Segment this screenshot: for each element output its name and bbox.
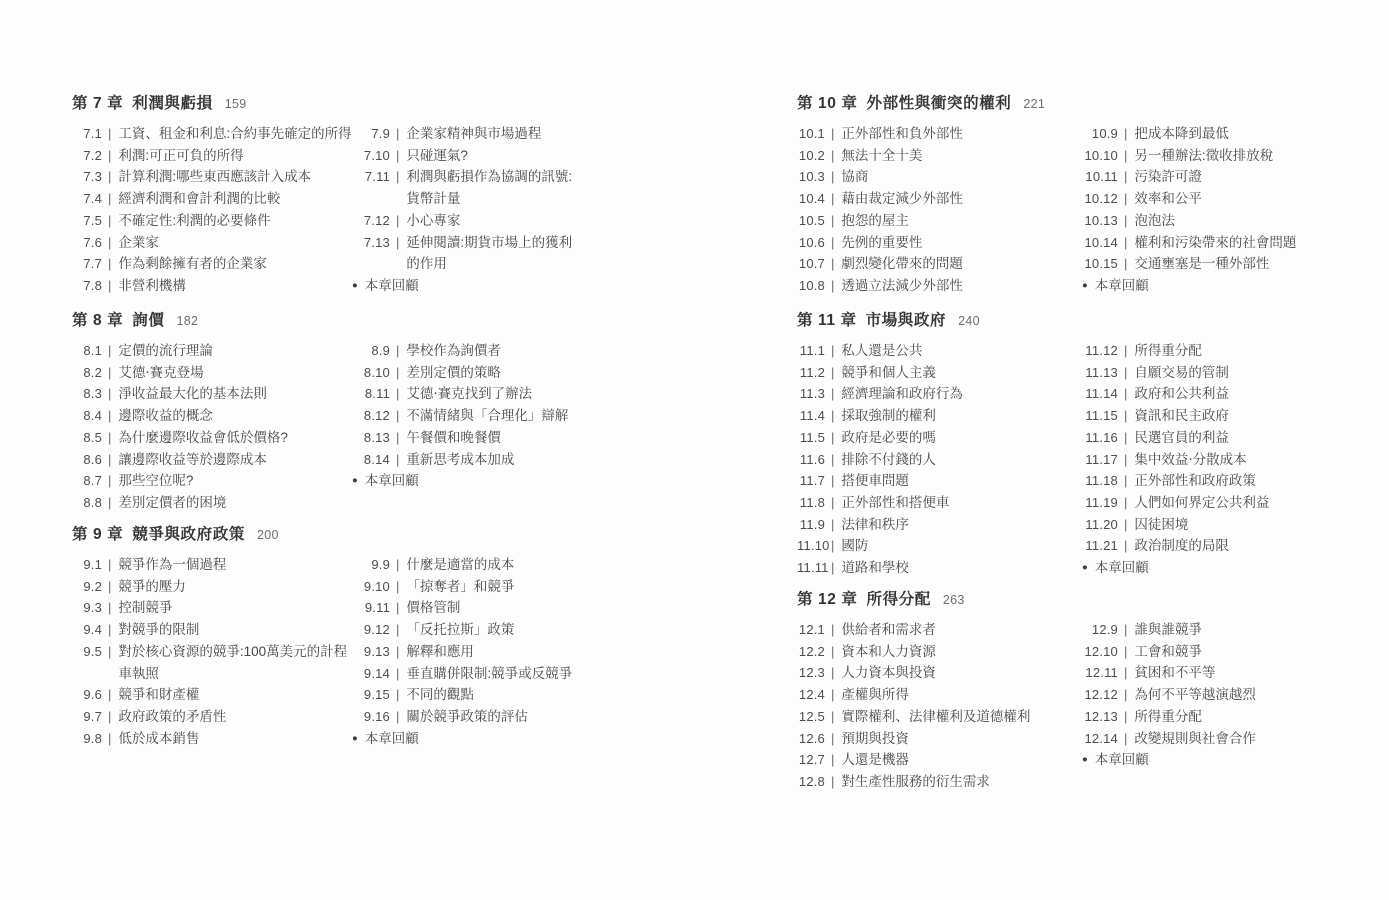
toc-entry-title: 非營利機構 (118, 275, 186, 297)
toc-entry-title: 那些空位呢? (118, 470, 193, 492)
toc-entry: 9.12|「反托拉斯」政策 (352, 619, 572, 641)
toc-entry-title-line: 競爭和財產權 (118, 684, 199, 706)
divider-icon: | (1124, 619, 1127, 641)
toc-entry: 10.14|權利和污染帶來的社會問題 (1082, 232, 1296, 254)
toc-entry-title-line: 法律和秩序 (841, 514, 909, 536)
toc-column: 8.1|定價的流行理論8.2|艾德‧賽克登場8.3|淨收益最大化的基本法則8.4… (72, 340, 352, 514)
toc-entry-title-line: 艾德‧賽克登場 (118, 362, 203, 384)
toc-entry-title: 「掠奪者」和競爭 (406, 576, 514, 598)
divider-icon: | (831, 145, 834, 167)
toc-entry-title-line: 所得重分配 (1134, 706, 1202, 728)
toc-entry-title-line: 經濟理論和政府行為 (841, 383, 963, 405)
toc-entry-title: 不確定性:利潤的必要條件 (118, 210, 270, 232)
toc-entry-title: 污染許可證 (1134, 166, 1202, 188)
toc-entry-title-line: 工會和競爭 (1134, 641, 1202, 663)
toc-column: 7.1|工資、租金和利息:合約事先確定的所得7.2|利潤:可正可負的所得7.3|… (72, 123, 352, 297)
toc-entry-title: 道路和學校 (841, 557, 909, 579)
toc-entry-title: 把成本降到最低 (1134, 123, 1229, 145)
toc-entry: 7.10|只碰運氣? (352, 145, 572, 167)
chapter-block: 第 12 章所得分配26312.1|供給者和需求者12.2|資本和人力資源12.… (797, 590, 1256, 793)
toc-entry: 9.4|對競爭的限制 (72, 619, 352, 641)
divider-icon: | (396, 576, 399, 598)
chapter-page-number: 240 (958, 314, 980, 328)
toc-entry-title: 競爭和個人主義 (841, 362, 936, 384)
toc-entry-title: 人力資本與投資 (841, 662, 936, 684)
divider-icon: | (1124, 427, 1127, 449)
toc-entry-number: 12.4 (797, 684, 825, 706)
divider-icon: | (831, 470, 834, 492)
toc-entry-number: 9.10 (352, 576, 390, 598)
toc-entry-number: 10.6 (797, 232, 825, 254)
toc-entry-title: 垂直購併限制:競爭或反競爭 (406, 663, 572, 685)
divider-icon: | (831, 662, 834, 684)
toc-entry-number: 11.10 (797, 535, 825, 557)
toc-entry-number: 9.8 (72, 728, 102, 750)
toc-entry-title: 學校作為詢價者 (406, 340, 501, 362)
divider-icon: | (108, 641, 111, 663)
toc-entry-title-line: 藉由裁定減少外部性 (841, 188, 963, 210)
toc-entry: 9.2|競爭的壓力 (72, 576, 352, 598)
toc-entry: 10.5|抱怨的屋主 (797, 210, 1082, 232)
toc-entry-number: 11.3 (797, 383, 825, 405)
toc-entry-title: 排除不付錢的人 (841, 449, 936, 471)
toc-entry-title: 對於核心資源的競爭:100萬美元的計程車執照 (118, 641, 347, 684)
chapter-review-entry: ●本章回顧 (1082, 275, 1296, 297)
toc-entry-title-line: 人還是機器 (841, 749, 909, 771)
toc-entry: 12.13|所得重分配 (1082, 706, 1256, 728)
divider-icon: | (1124, 123, 1127, 145)
toc-entry-title-line: 排除不付錢的人 (841, 449, 936, 471)
divider-icon: | (108, 123, 111, 145)
toc-entry-title: 政府是必要的嗎 (841, 427, 936, 449)
toc-entry-number: 8.13 (352, 427, 390, 449)
chapter-review-entry: ●本章回顧 (352, 728, 572, 750)
toc-entry-title-line: 產權與所得 (841, 684, 909, 706)
chapter-review-label: 本章回顧 (365, 275, 419, 297)
toc-entry-title-line: 污染許可證 (1134, 166, 1202, 188)
toc-entry: 12.10|工會和競爭 (1082, 641, 1256, 663)
toc-entry-title-line: 經濟利潤和會計利潤的比較 (118, 188, 280, 210)
divider-icon: | (831, 557, 834, 579)
toc-entry: 8.11|艾德‧賽克找到了辦法 (352, 383, 568, 405)
chapter-block: 第 8 章詢價1828.1|定價的流行理論8.2|艾德‧賽克登場8.3|淨收益最… (72, 311, 568, 514)
divider-icon: | (396, 706, 399, 728)
toc-entry-title: 經濟理論和政府行為 (841, 383, 963, 405)
toc-entry-title: 不滿情緒與「合理化」辯解 (406, 405, 568, 427)
toc-entry-title: 人還是機器 (841, 749, 909, 771)
toc-entry-title: 正外部性和搭便車 (841, 492, 949, 514)
divider-icon: | (831, 383, 834, 405)
toc-column: 10.1|正外部性和負外部性10.2|無法十全十美10.3|協商10.4|藉由裁… (797, 123, 1082, 297)
toc-entry: 11.9|法律和秩序 (797, 514, 1082, 536)
divider-icon: | (831, 188, 834, 210)
toc-entry-title-line: 為何不平等越演越烈 (1134, 684, 1256, 706)
divider-icon: | (396, 663, 399, 685)
toc-entry: 11.18|正外部性和政府政策 (1082, 470, 1269, 492)
toc-entry-title: 競爭作為一個過程 (118, 554, 226, 576)
divider-icon: | (831, 492, 834, 514)
toc-entry-title-line: 劇烈變化帶來的問題 (841, 253, 963, 275)
toc-entry-number: 11.4 (797, 405, 825, 427)
toc-entry-title: 邊際收益的概念 (118, 405, 213, 427)
toc-entry-title-line: 不確定性:利潤的必要條件 (118, 210, 270, 232)
toc-entry-title: 資本和人力資源 (841, 641, 936, 663)
toc-entry-title-line: 作為剩餘擁有者的企業家 (118, 253, 267, 275)
divider-icon: | (108, 449, 111, 471)
divider-icon: | (108, 684, 111, 706)
toc-entry-number: 9.1 (72, 554, 102, 576)
toc-entry-title: 權利和污染帶來的社會問題 (1134, 232, 1296, 254)
divider-icon: | (396, 166, 399, 188)
divider-icon: | (396, 684, 399, 706)
toc-entry-number: 12.14 (1082, 728, 1118, 750)
toc-entry: 8.2|艾德‧賽克登場 (72, 362, 352, 384)
toc-entry-number: 12.8 (797, 771, 825, 793)
toc-entry: 8.14|重新思考成本加成 (352, 449, 568, 471)
toc-entry-title-line: 採取強制的權利 (841, 405, 936, 427)
toc-entry-number: 10.1 (797, 123, 825, 145)
toc-entry: 12.2|資本和人力資源 (797, 641, 1082, 663)
toc-entry-title-line: 艾德‧賽克找到了辦法 (406, 383, 532, 405)
toc-entry: 10.2|無法十全十美 (797, 145, 1082, 167)
toc-entry-title: 誰與誰競爭 (1134, 619, 1202, 641)
toc-column: 12.1|供給者和需求者12.2|資本和人力資源12.3|人力資本與投資12.4… (797, 619, 1082, 793)
toc-entry-title-line: 競爭作為一個過程 (118, 554, 226, 576)
toc-entry: 8.9|學校作為詢價者 (352, 340, 568, 362)
toc-entry-number: 9.12 (352, 619, 390, 641)
toc-entry-number: 11.11 (797, 557, 825, 579)
toc-entry-title: 效率和公平 (1134, 188, 1202, 210)
toc-entry: 11.21|政治制度的局限 (1082, 535, 1269, 557)
toc-entry: 7.8|非營利機構 (72, 275, 352, 297)
toc-entry: 12.3|人力資本與投資 (797, 662, 1082, 684)
toc-entry-title-line: 工資、租金和利息:合約事先確定的所得 (118, 123, 351, 145)
toc-entry-title-line: 抱怨的屋主 (841, 210, 909, 232)
chapter-review-label: 本章回顧 (1095, 749, 1149, 771)
toc-entry-title-line: 泡泡法 (1134, 210, 1175, 232)
toc-entry-title-line: 關於競爭政策的評估 (406, 706, 528, 728)
toc-entry-title-line: 人們如何界定公共利益 (1134, 492, 1269, 514)
toc-entry-title-line: 重新思考成本加成 (406, 449, 514, 471)
divider-icon: | (1124, 145, 1127, 167)
toc-entry-title: 民選官員的利益 (1134, 427, 1229, 449)
toc-entry: 11.12|所得重分配 (1082, 340, 1269, 362)
bullet-icon: ● (1082, 749, 1088, 771)
toc-entry-title: 透過立法減少外部性 (841, 275, 963, 297)
toc-entry-title: 所得重分配 (1134, 706, 1202, 728)
divider-icon: | (831, 641, 834, 663)
toc-entry: 9.10|「掠奪者」和競爭 (352, 576, 572, 598)
divider-icon: | (831, 210, 834, 232)
toc-entry: 7.7|作為剩餘擁有者的企業家 (72, 253, 352, 275)
toc-column: 7.9|企業家精神與市場過程7.10|只碰運氣?7.11|利潤與虧損作為協調的訊… (352, 123, 572, 297)
toc-entry-number: 9.13 (352, 641, 390, 663)
toc-entry: 9.14|垂直購併限制:競爭或反競爭 (352, 663, 572, 685)
chapter-columns: 10.1|正外部性和負外部性10.2|無法十全十美10.3|協商10.4|藉由裁… (797, 123, 1296, 297)
toc-entry: 7.3|計算利潤:哪些東西應該計入成本 (72, 166, 352, 188)
divider-icon: | (108, 340, 111, 362)
toc-entry-title: 法律和秩序 (841, 514, 909, 536)
toc-entry-title: 囚徒困境 (1134, 514, 1188, 536)
toc-entry-number: 7.1 (72, 123, 102, 145)
toc-entry-title: 私人還是公共 (841, 340, 922, 362)
toc-entry-title-line: 效率和公平 (1134, 188, 1202, 210)
toc-entry: 8.10|差別定價的策略 (352, 362, 568, 384)
toc-entry-title-line: 把成本降到最低 (1134, 123, 1229, 145)
toc-entry-title-line: 權利和污染帶來的社會問題 (1134, 232, 1296, 254)
toc-entry: 8.3|淨收益最大化的基本法則 (72, 383, 352, 405)
divider-icon: | (831, 253, 834, 275)
divider-icon: | (1124, 684, 1127, 706)
toc-entry: 9.7|政府政策的矛盾性 (72, 706, 352, 728)
toc-entry-number: 9.14 (352, 663, 390, 685)
chapter-review-label: 本章回顧 (365, 470, 419, 492)
divider-icon: | (1124, 188, 1127, 210)
toc-entry: 11.7|搭便車問題 (797, 470, 1082, 492)
toc-entry-number: 12.13 (1082, 706, 1118, 728)
toc-entry-number: 9.15 (352, 684, 390, 706)
toc-entry-title-line: 差別定價者的困境 (118, 492, 226, 514)
toc-entry-title: 延伸閱讀:期貨市場上的獲利的作用 (406, 232, 572, 275)
toc-entry: 8.13|午餐價和晚餐價 (352, 427, 568, 449)
toc-entry: 8.7|那些空位呢? (72, 470, 352, 492)
toc-entry-title: 計算利潤:哪些東西應該計入成本 (118, 166, 311, 188)
toc-entry-title: 價格管制 (406, 597, 460, 619)
toc-entry-title-line: 預期與投資 (841, 728, 909, 750)
divider-icon: | (108, 619, 111, 641)
toc-entry-title: 藉由裁定減少外部性 (841, 188, 963, 210)
divider-icon: | (831, 232, 834, 254)
divider-icon: | (831, 514, 834, 536)
divider-icon: | (831, 405, 834, 427)
toc-entry: 11.6|排除不付錢的人 (797, 449, 1082, 471)
toc-entry-number: 11.20 (1082, 514, 1118, 536)
divider-icon: | (831, 706, 834, 728)
toc-entry-title-line: 不同的觀點 (406, 684, 474, 706)
divider-icon: | (1124, 514, 1127, 536)
divider-icon: | (396, 554, 399, 576)
divider-icon: | (831, 684, 834, 706)
toc-entry-title: 什麼是適當的成本 (406, 554, 514, 576)
toc-entry-number: 7.4 (72, 188, 102, 210)
toc-entry-title: 先例的重要性 (841, 232, 922, 254)
toc-entry-title-line: 利潤與虧損作為協調的訊號: (406, 166, 572, 188)
divider-icon: | (831, 362, 834, 384)
toc-entry-title: 讓邊際收益等於邊際成本 (118, 449, 267, 471)
toc-entry: 7.1|工資、租金和利息:合約事先確定的所得 (72, 123, 352, 145)
toc-entry-title: 協商 (841, 166, 868, 188)
toc-entry-number: 10.5 (797, 210, 825, 232)
toc-entry: 11.8|正外部性和搭便車 (797, 492, 1082, 514)
chapter-block: 第 10 章外部性與衝突的權利22110.1|正外部性和負外部性10.2|無法十… (797, 94, 1296, 297)
toc-entry-title: 定價的流行理論 (118, 340, 213, 362)
divider-icon: | (108, 275, 111, 297)
divider-icon: | (108, 427, 111, 449)
toc-entry-title-line: 低於成本銷售 (118, 728, 199, 750)
divider-icon: | (1124, 383, 1127, 405)
divider-icon: | (396, 597, 399, 619)
chapter-columns: 12.1|供給者和需求者12.2|資本和人力資源12.3|人力資本與投資12.4… (797, 619, 1256, 793)
toc-entry-title-line: 邊際收益的概念 (118, 405, 213, 427)
chapter-title: 外部性與衝突的權利 (866, 95, 1011, 112)
chapter-review-entry: ●本章回顧 (1082, 749, 1256, 771)
chapter-title: 詢價 (132, 312, 164, 329)
toc-entry-title-line: 改變規則與社會合作 (1134, 728, 1256, 750)
toc-entry-title-line: 非營利機構 (118, 275, 186, 297)
divider-icon: | (396, 427, 399, 449)
toc-entry-number: 12.7 (797, 749, 825, 771)
divider-icon: | (396, 210, 399, 232)
toc-entry: 10.6|先例的重要性 (797, 232, 1082, 254)
toc-entry-title: 淨收益最大化的基本法則 (118, 383, 267, 405)
toc-entry-title-line: 協商 (841, 166, 868, 188)
divider-icon: | (108, 728, 111, 750)
toc-entry-title-line: 資本和人力資源 (841, 641, 936, 663)
toc-entry: 8.5|為什麼邊際收益會低於價格? (72, 427, 352, 449)
toc-entry-number: 10.13 (1082, 210, 1118, 232)
toc-entry-title-line: 控制競爭 (118, 597, 172, 619)
chapter-label: 第 7 章 (72, 95, 123, 112)
divider-icon: | (396, 362, 399, 384)
divider-icon: | (396, 641, 399, 663)
toc-entry-number: 7.9 (352, 123, 390, 145)
toc-entry-number: 11.12 (1082, 340, 1118, 362)
bullet-icon: ● (1082, 557, 1088, 579)
toc-entry-number: 10.15 (1082, 253, 1118, 275)
toc-entry-number: 10.2 (797, 145, 825, 167)
toc-entry-title: 實際權利、法律權利及道德權利 (841, 706, 1030, 728)
toc-entry-title-line: 另一種辦法:徵收排放稅 (1134, 145, 1273, 167)
divider-icon: | (1124, 535, 1127, 557)
toc-entry-title-line: 民選官員的利益 (1134, 427, 1229, 449)
toc-column: 12.9|誰與誰競爭12.10|工會和競爭12.11|貧困和不平等12.12|為… (1082, 619, 1256, 771)
toc-entry: 9.16|關於競爭政策的評估 (352, 706, 572, 728)
divider-icon: | (108, 492, 111, 514)
toc-entry-title-line: 競爭的壓力 (118, 576, 186, 598)
toc-entry-title-line: 先例的重要性 (841, 232, 922, 254)
toc-entry-number: 7.11 (352, 166, 390, 188)
divider-icon: | (108, 253, 111, 275)
chapter-title: 所得分配 (866, 591, 930, 608)
chapter-heading: 第 11 章市場與政府240 (797, 311, 1269, 331)
toc-entry-title-line: 集中效益‧分散成本 (1134, 449, 1246, 471)
toc-entry-title: 控制競爭 (118, 597, 172, 619)
toc-entry-title-line: 解釋和應用 (406, 641, 474, 663)
toc-entry: 9.3|控制競爭 (72, 597, 352, 619)
divider-icon: | (1124, 449, 1127, 471)
chapter-label: 第 10 章 (797, 95, 857, 112)
chapter-review-entry: ●本章回顧 (352, 275, 572, 297)
toc-entry-title: 競爭和財產權 (118, 684, 199, 706)
toc-entry-title: 為何不平等越演越烈 (1134, 684, 1256, 706)
divider-icon: | (831, 123, 834, 145)
toc-entry: 11.11|道路和學校 (797, 557, 1082, 579)
toc-entry-title-line: 貨幣計量 (406, 188, 572, 210)
toc-entry-number: 10.9 (1082, 123, 1118, 145)
chapter-page-number: 182 (176, 314, 198, 328)
divider-icon: | (396, 340, 399, 362)
toc-entry-number: 12.1 (797, 619, 825, 641)
toc-entry-title-line: 讓邊際收益等於邊際成本 (118, 449, 267, 471)
toc-entry: 8.12|不滿情緒與「合理化」辯解 (352, 405, 568, 427)
toc-entry-title-line: 為什麼邊際收益會低於價格? (118, 427, 288, 449)
toc-entry: 11.3|經濟理論和政府行為 (797, 383, 1082, 405)
toc-entry-title-line: 企業家 (118, 232, 159, 254)
toc-entry-title: 產權與所得 (841, 684, 909, 706)
toc-entry: 12.8|對生產性服務的衍生需求 (797, 771, 1082, 793)
toc-entry-number: 11.7 (797, 470, 825, 492)
divider-icon: | (396, 405, 399, 427)
toc-entry-title-line: 對生產性服務的衍生需求 (841, 771, 990, 793)
toc-entry-number: 7.2 (72, 145, 102, 167)
toc-entry-title: 自願交易的管制 (1134, 362, 1229, 384)
toc-entry: 8.6|讓邊際收益等於邊際成本 (72, 449, 352, 471)
toc-entry: 9.1|競爭作為一個過程 (72, 554, 352, 576)
toc-entry: 11.10|國防 (797, 535, 1082, 557)
toc-entry-number: 8.3 (72, 383, 102, 405)
toc-entry-number: 11.18 (1082, 470, 1118, 492)
toc-entry-title-line: 實際權利、法律權利及道德權利 (841, 706, 1030, 728)
toc-entry: 7.6|企業家 (72, 232, 352, 254)
toc-entry-title-line: 什麼是適當的成本 (406, 554, 514, 576)
chapter-page-number: 200 (257, 528, 279, 542)
toc-entry-number: 10.3 (797, 166, 825, 188)
toc-entry-title: 集中效益‧分散成本 (1134, 449, 1246, 471)
toc-entry-number: 11.13 (1082, 362, 1118, 384)
toc-entry-title-line: 對於核心資源的競爭:100萬美元的計程 (118, 641, 347, 663)
toc-entry-title: 預期與投資 (841, 728, 909, 750)
toc-entry: 7.4|經濟利潤和會計利潤的比較 (72, 188, 352, 210)
toc-entry-title: 關於競爭政策的評估 (406, 706, 528, 728)
toc-entry: 11.1|私人還是公共 (797, 340, 1082, 362)
toc-entry-number: 8.5 (72, 427, 102, 449)
toc-entry-title: 利潤與虧損作為協調的訊號:貨幣計量 (406, 166, 572, 209)
toc-entry-title: 低於成本銷售 (118, 728, 199, 750)
toc-entry: 12.9|誰與誰競爭 (1082, 619, 1256, 641)
toc-entry-title: 改變規則與社會合作 (1134, 728, 1256, 750)
chapter-columns: 11.1|私人還是公共11.2|競爭和個人主義11.3|經濟理論和政府行為11.… (797, 340, 1269, 579)
toc-entry-title-line: 價格管制 (406, 597, 460, 619)
toc-entry-title: 競爭的壓力 (118, 576, 186, 598)
toc-entry-number: 10.4 (797, 188, 825, 210)
toc-entry-title-line: 競爭和個人主義 (841, 362, 936, 384)
toc-entry-title-line: 貧困和不平等 (1134, 662, 1215, 684)
toc-entry-title-line: 正外部性和負外部性 (841, 123, 963, 145)
toc-entry: 12.5|實際權利、法律權利及道德權利 (797, 706, 1082, 728)
toc-entry-number: 9.16 (352, 706, 390, 728)
chapter-page-number: 263 (943, 593, 965, 607)
toc-entry-title-line: 企業家精神與市場過程 (406, 123, 541, 145)
divider-icon: | (1124, 706, 1127, 728)
toc-entry-title-line: 正外部性和搭便車 (841, 492, 949, 514)
toc-entry-title: 艾德‧賽克找到了辦法 (406, 383, 532, 405)
toc-entry-number: 8.9 (352, 340, 390, 362)
chapter-title: 利潤與虧損 (132, 95, 213, 112)
chapter-columns: 7.1|工資、租金和利息:合約事先確定的所得7.2|利潤:可正可負的所得7.3|… (72, 123, 572, 297)
toc-entry-title-line: 私人還是公共 (841, 340, 922, 362)
toc-entry-title: 利潤:可正可負的所得 (118, 145, 243, 167)
toc-entry-title: 作為剩餘擁有者的企業家 (118, 253, 267, 275)
toc-entry-title-line: 誰與誰競爭 (1134, 619, 1202, 641)
toc-entry: 11.16|民選官員的利益 (1082, 427, 1269, 449)
toc-entry-title-line: 學校作為詢價者 (406, 340, 501, 362)
toc-entry-number: 7.3 (72, 166, 102, 188)
divider-icon: | (1124, 362, 1127, 384)
toc-entry-title: 搭便車問題 (841, 470, 909, 492)
divider-icon: | (108, 470, 111, 492)
toc-entry: 7.11|利潤與虧損作為協調的訊號:貨幣計量 (352, 166, 572, 209)
toc-entry-number: 12.11 (1082, 662, 1118, 684)
